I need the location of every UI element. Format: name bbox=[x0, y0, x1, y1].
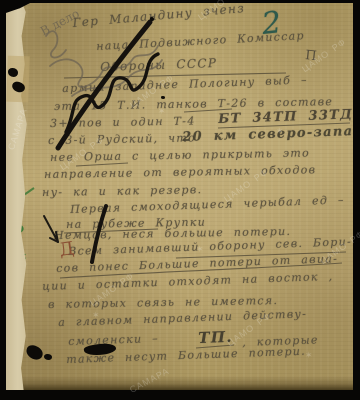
ink-blot bbox=[161, 96, 165, 99]
pen-strokes-overlay bbox=[0, 0, 360, 400]
scan-edge-top bbox=[0, 0, 360, 3]
ink-blot bbox=[8, 68, 18, 77]
scan-edge-right bbox=[353, 0, 360, 400]
page-number: 2 bbox=[260, 5, 283, 42]
underline-t26 bbox=[184, 109, 232, 112]
underline-oborona-sev bbox=[176, 252, 346, 258]
scan-edge-left bbox=[0, 0, 6, 400]
scanned-document-page: Гер Маландину зчензнаца Подвижного Комис… bbox=[0, 0, 360, 400]
underline-krupki bbox=[64, 229, 158, 233]
underline-orsha bbox=[76, 163, 128, 166]
margin-arrow bbox=[44, 216, 58, 242]
ink-blot bbox=[150, 17, 154, 21]
rule-under-poteri bbox=[60, 263, 342, 278]
tape-patch bbox=[6, 56, 30, 103]
pencil-signature bbox=[46, 31, 162, 96]
underline-tp bbox=[196, 345, 234, 348]
ink-signature bbox=[58, 22, 158, 262]
underline-bt-34tp bbox=[218, 123, 350, 128]
underline-oborony bbox=[64, 73, 286, 78]
scan-edge-bottom bbox=[0, 390, 360, 400]
ink-blot bbox=[44, 354, 52, 360]
